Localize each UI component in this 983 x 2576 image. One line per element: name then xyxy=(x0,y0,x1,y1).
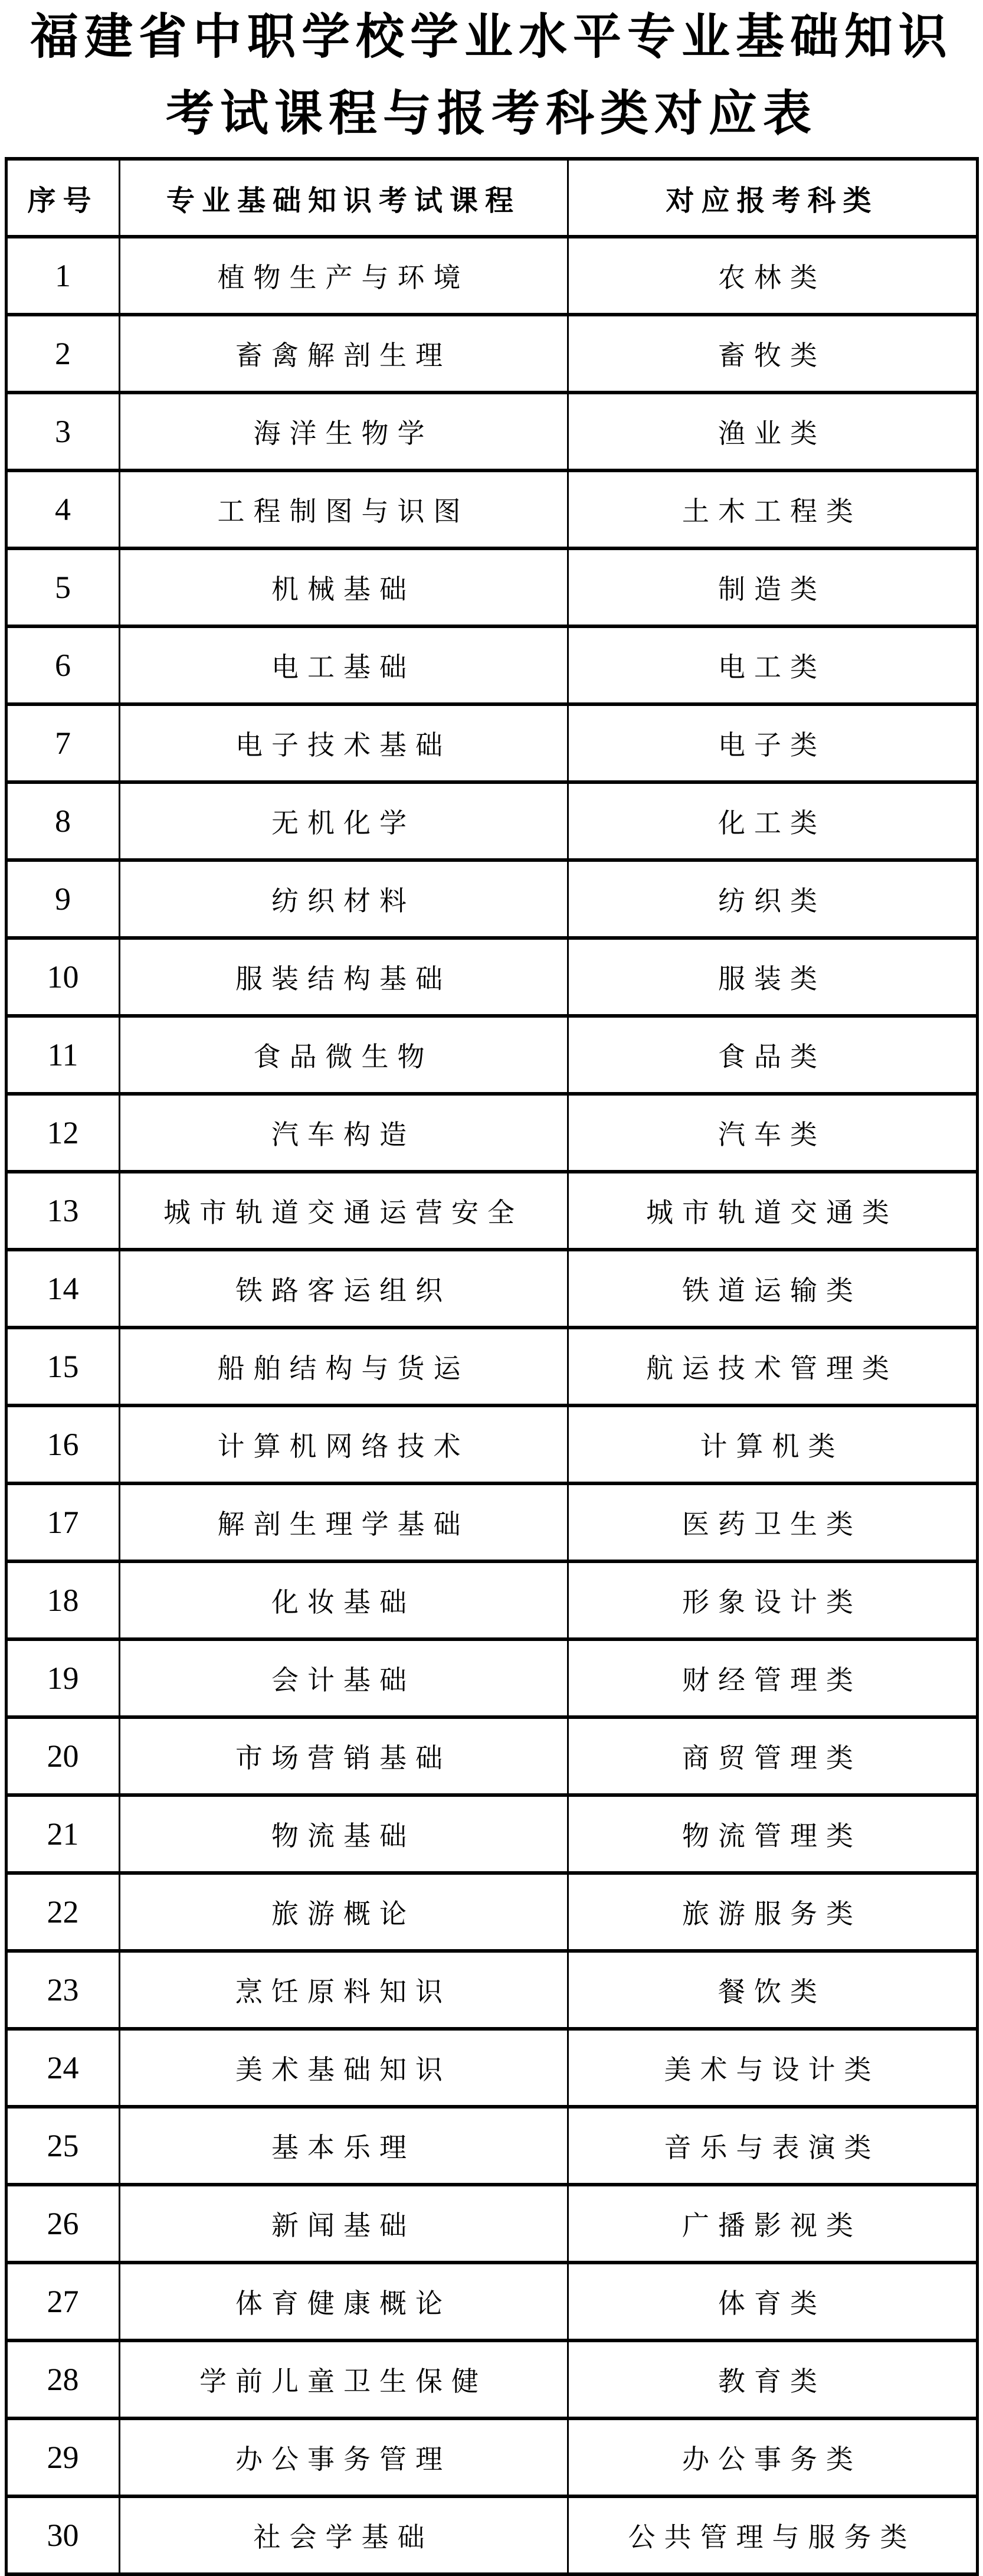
row-category-cell: 旅游服务类 xyxy=(568,1873,977,1951)
row-category-cell: 餐饮类 xyxy=(568,1951,977,2029)
row-index-cell: 17 xyxy=(6,1483,119,1561)
row-index-cell: 25 xyxy=(6,2107,119,2185)
row-index-cell: 5 xyxy=(6,548,119,626)
row-category-cell: 计算机类 xyxy=(568,1405,977,1483)
row-course-cell: 办公事务管理 xyxy=(119,2418,568,2496)
row-category-cell: 纺织类 xyxy=(568,860,977,938)
row-category-cell: 电子类 xyxy=(568,704,977,782)
table-row: 14铁路客运组织铁道运输类 xyxy=(6,1250,977,1328)
row-course-cell: 城市轨道交通运营安全 xyxy=(119,1172,568,1250)
row-index-cell: 10 xyxy=(6,938,119,1016)
row-course-cell: 船舶结构与货运 xyxy=(119,1328,568,1405)
row-course-cell: 物流基础 xyxy=(119,1795,568,1873)
table-row: 27体育健康概论体育类 xyxy=(6,2263,977,2340)
row-category-cell: 电工类 xyxy=(568,626,977,704)
table-row: 3海洋生物学渔业类 xyxy=(6,393,977,470)
row-course-cell: 电子技术基础 xyxy=(119,704,568,782)
col-header-category: 对应报考科类 xyxy=(568,159,977,237)
row-index-cell: 27 xyxy=(6,2263,119,2340)
row-category-cell: 办公事务类 xyxy=(568,2418,977,2496)
row-category-cell: 商贸管理类 xyxy=(568,1717,977,1795)
row-category-cell: 食品类 xyxy=(568,1016,977,1094)
row-course-cell: 无机化学 xyxy=(119,782,568,860)
row-course-cell: 体育健康概论 xyxy=(119,2263,568,2340)
row-course-cell: 化妆基础 xyxy=(119,1561,568,1639)
row-category-cell: 医药卫生类 xyxy=(568,1483,977,1561)
row-course-cell: 基本乐理 xyxy=(119,2107,568,2185)
table-row: 6电工基础电工类 xyxy=(6,626,977,704)
row-index-cell: 3 xyxy=(6,393,119,470)
document-page: 福建省中职学校学业水平专业基础知识 考试课程与报考科类对应表 序号 专业基础知识… xyxy=(0,0,983,2576)
page-title-line-2: 考试课程与报考科类对应表 xyxy=(0,90,983,138)
row-course-cell: 海洋生物学 xyxy=(119,393,568,470)
table-row: 7电子技术基础电子类 xyxy=(6,704,977,782)
table-row: 23烹饪原料知识餐饮类 xyxy=(6,1951,977,2029)
row-course-cell: 解剖生理学基础 xyxy=(119,1483,568,1561)
row-course-cell: 市场营销基础 xyxy=(119,1717,568,1795)
row-course-cell: 学前儿童卫生保健 xyxy=(119,2340,568,2418)
row-category-cell: 铁道运输类 xyxy=(568,1250,977,1328)
row-category-cell: 广播影视类 xyxy=(568,2185,977,2263)
row-category-cell: 财经管理类 xyxy=(568,1639,977,1717)
table-row: 13城市轨道交通运营安全城市轨道交通类 xyxy=(6,1172,977,1250)
table-row: 12汽车构造汽车类 xyxy=(6,1094,977,1172)
table-row: 28学前儿童卫生保健教育类 xyxy=(6,2340,977,2418)
row-course-cell: 铁路客运组织 xyxy=(119,1250,568,1328)
row-course-cell: 社会学基础 xyxy=(119,2496,568,2574)
row-index-cell: 16 xyxy=(6,1405,119,1483)
row-category-cell: 畜牧类 xyxy=(568,315,977,393)
row-index-cell: 28 xyxy=(6,2340,119,2418)
row-category-cell: 农林类 xyxy=(568,237,977,315)
table-row: 16计算机网络技术计算机类 xyxy=(6,1405,977,1483)
course-category-table: 序号 专业基础知识考试课程 对应报考科类 1植物生产与环境农林类2畜禽解剖生理畜… xyxy=(5,157,979,2576)
page-title-line-1: 福建省中职学校学业水平专业基础知识 xyxy=(0,0,983,61)
row-course-cell: 植物生产与环境 xyxy=(119,237,568,315)
row-index-cell: 20 xyxy=(6,1717,119,1795)
table-row: 5机械基础制造类 xyxy=(6,548,977,626)
table-row: 2畜禽解剖生理畜牧类 xyxy=(6,315,977,393)
row-index-cell: 21 xyxy=(6,1795,119,1873)
row-category-cell: 服装类 xyxy=(568,938,977,1016)
row-course-cell: 会计基础 xyxy=(119,1639,568,1717)
row-index-cell: 7 xyxy=(6,704,119,782)
table-row: 24美术基础知识美术与设计类 xyxy=(6,2029,977,2107)
row-index-cell: 30 xyxy=(6,2496,119,2574)
row-index-cell: 19 xyxy=(6,1639,119,1717)
row-course-cell: 计算机网络技术 xyxy=(119,1405,568,1483)
row-index-cell: 22 xyxy=(6,1873,119,1951)
row-index-cell: 26 xyxy=(6,2185,119,2263)
row-category-cell: 美术与设计类 xyxy=(568,2029,977,2107)
table-row: 11食品微生物食品类 xyxy=(6,1016,977,1094)
row-category-cell: 城市轨道交通类 xyxy=(568,1172,977,1250)
row-index-cell: 1 xyxy=(6,237,119,315)
row-category-cell: 公共管理与服务类 xyxy=(568,2496,977,2574)
row-category-cell: 体育类 xyxy=(568,2263,977,2340)
row-course-cell: 食品微生物 xyxy=(119,1016,568,1094)
row-course-cell: 旅游概论 xyxy=(119,1873,568,1951)
table-row: 26新闻基础广播影视类 xyxy=(6,2185,977,2263)
row-course-cell: 机械基础 xyxy=(119,548,568,626)
row-category-cell: 制造类 xyxy=(568,548,977,626)
table-row: 25基本乐理音乐与表演类 xyxy=(6,2107,977,2185)
table-row: 17解剖生理学基础医药卫生类 xyxy=(6,1483,977,1561)
row-course-cell: 工程制图与识图 xyxy=(119,470,568,548)
row-index-cell: 6 xyxy=(6,626,119,704)
row-index-cell: 8 xyxy=(6,782,119,860)
row-index-cell: 23 xyxy=(6,1951,119,2029)
table-header-row: 序号 专业基础知识考试课程 对应报考科类 xyxy=(6,159,977,237)
row-category-cell: 土木工程类 xyxy=(568,470,977,548)
row-course-cell: 美术基础知识 xyxy=(119,2029,568,2107)
row-category-cell: 音乐与表演类 xyxy=(568,2107,977,2185)
col-header-index: 序号 xyxy=(6,159,119,237)
row-index-cell: 2 xyxy=(6,315,119,393)
row-course-cell: 烹饪原料知识 xyxy=(119,1951,568,2029)
row-index-cell: 24 xyxy=(6,2029,119,2107)
col-header-course: 专业基础知识考试课程 xyxy=(119,159,568,237)
table-row: 9纺织材料纺织类 xyxy=(6,860,977,938)
table-row: 18化妆基础形象设计类 xyxy=(6,1561,977,1639)
row-course-cell: 汽车构造 xyxy=(119,1094,568,1172)
page-title: 福建省中职学校学业水平专业基础知识 考试课程与报考科类对应表 xyxy=(0,0,983,138)
table-row: 15船舶结构与货运航运技术管理类 xyxy=(6,1328,977,1405)
row-category-cell: 教育类 xyxy=(568,2340,977,2418)
row-index-cell: 18 xyxy=(6,1561,119,1639)
row-course-cell: 畜禽解剖生理 xyxy=(119,315,568,393)
row-course-cell: 服装结构基础 xyxy=(119,938,568,1016)
row-index-cell: 29 xyxy=(6,2418,119,2496)
table-row: 29办公事务管理办公事务类 xyxy=(6,2418,977,2496)
table-row: 19会计基础财经管理类 xyxy=(6,1639,977,1717)
row-category-cell: 汽车类 xyxy=(568,1094,977,1172)
table-row: 30社会学基础公共管理与服务类 xyxy=(6,2496,977,2574)
table-row: 10服装结构基础服装类 xyxy=(6,938,977,1016)
table-row: 8无机化学化工类 xyxy=(6,782,977,860)
row-index-cell: 14 xyxy=(6,1250,119,1328)
row-index-cell: 15 xyxy=(6,1328,119,1405)
table-row: 21物流基础物流管理类 xyxy=(6,1795,977,1873)
table-row: 20市场营销基础商贸管理类 xyxy=(6,1717,977,1795)
row-category-cell: 航运技术管理类 xyxy=(568,1328,977,1405)
row-index-cell: 13 xyxy=(6,1172,119,1250)
row-course-cell: 电工基础 xyxy=(119,626,568,704)
row-category-cell: 形象设计类 xyxy=(568,1561,977,1639)
row-category-cell: 化工类 xyxy=(568,782,977,860)
row-category-cell: 物流管理类 xyxy=(568,1795,977,1873)
row-index-cell: 9 xyxy=(6,860,119,938)
row-index-cell: 4 xyxy=(6,470,119,548)
table-row: 1植物生产与环境农林类 xyxy=(6,237,977,315)
row-category-cell: 渔业类 xyxy=(568,393,977,470)
table-row: 22旅游概论旅游服务类 xyxy=(6,1873,977,1951)
row-index-cell: 11 xyxy=(6,1016,119,1094)
row-index-cell: 12 xyxy=(6,1094,119,1172)
table-row: 4工程制图与识图土木工程类 xyxy=(6,470,977,548)
row-course-cell: 新闻基础 xyxy=(119,2185,568,2263)
row-course-cell: 纺织材料 xyxy=(119,860,568,938)
